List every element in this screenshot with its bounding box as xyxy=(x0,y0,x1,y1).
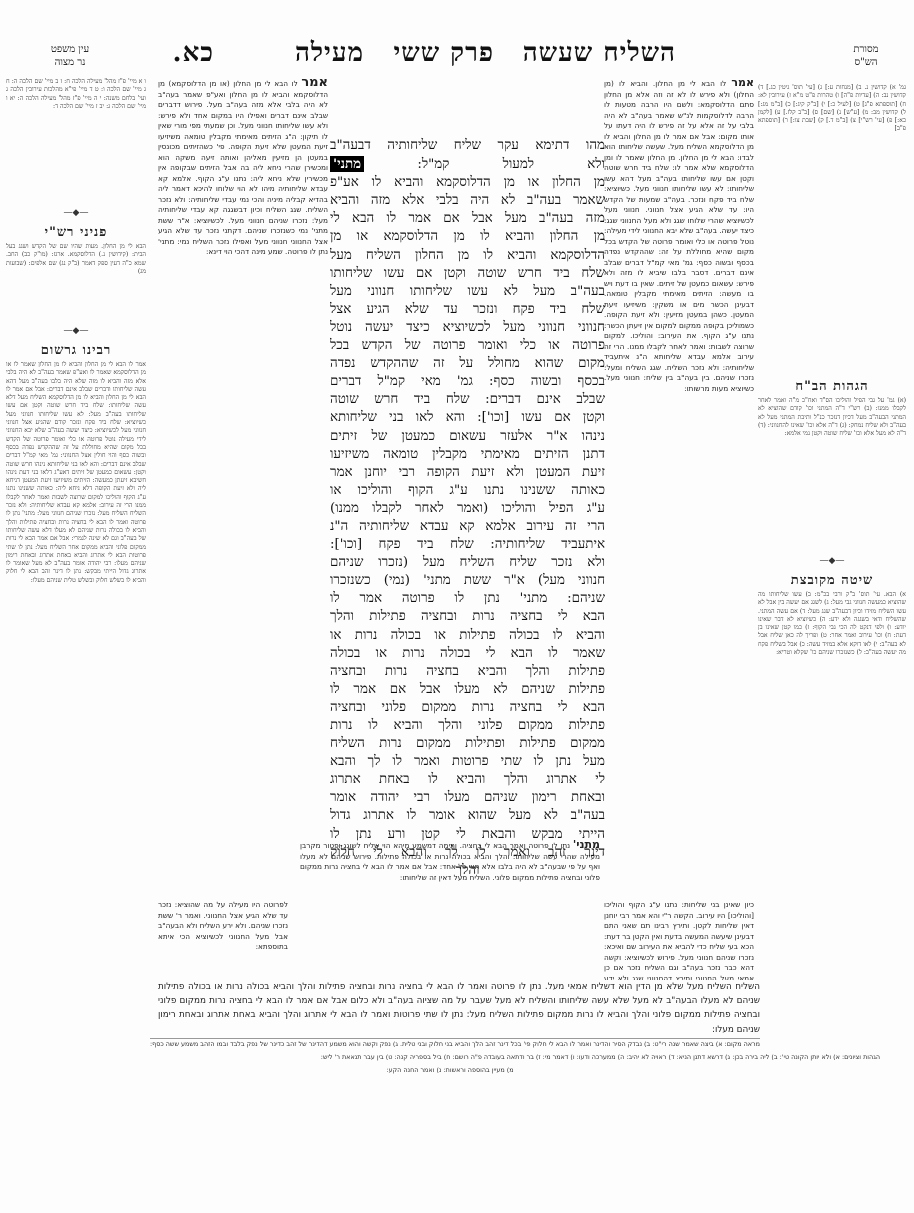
gemara-line: פתילות שניהם לא מעלו אבל אם אמר לו xyxy=(330,681,605,699)
gemara-line: הבא לי בחציה נרות ממקום פלוני ובחציה xyxy=(330,699,605,717)
masoret-title-line1: מסורת xyxy=(836,43,896,56)
shita-mekubetzet-section: —◆— שיטה מקובצת א) הבא. עי' תוס' ב"ק ורב… xyxy=(758,548,906,1021)
footnote-line-2: הגהות וציונים: א) ולא יותן הקונה טי': ב)… xyxy=(40,1053,880,1065)
ornament-divider: —◆— xyxy=(6,326,146,336)
chapter-label: פרק ששי xyxy=(393,38,494,68)
gemara-line: פרוטה או כלי ואומר פרוטה של הקדש בכל xyxy=(330,337,605,355)
rashi-opening-word: אמר xyxy=(731,78,754,89)
tractate-name: מעילה xyxy=(295,38,364,68)
rashi-commentary: אמר לו הבא לי מן החלון. והביא לו (מן החל… xyxy=(604,78,754,898)
rabbeinu-gershom-title: רבינו גרשום xyxy=(6,342,146,358)
ein-mishpat-title-line1: עין משפט xyxy=(40,43,100,56)
shita-mekubetzet-text: א) הבא. עי' תוס' ב"ק ורבי בכ"מ: ב) עשו ש… xyxy=(758,591,906,1021)
matni-marker: מתני' xyxy=(330,156,364,172)
tosafot-lower-continuation: לפרוטה היו מעילה על מה שהוציא: נזכר עד ש… xyxy=(158,900,288,980)
ein-mishpat-heading: עין משפט נר מצוה xyxy=(40,43,100,69)
gemara-line: זיעת המעטן ולא זיעת הקופה רבי יוחנן אמר xyxy=(330,464,605,482)
gemara-line: דתנן הזיתים מאימתי מקבלין טומאה משיזיעו xyxy=(330,446,605,464)
gemara-line: שניהם: מתני' נתן לו פרוטה אמר לו xyxy=(330,590,605,608)
footnote-line-3: מ) מעיין בהוספה וראשות: נ) ואמר החנה הקע… xyxy=(300,1066,600,1078)
gemara-line: שלח ביד חרש שוטה וקטן אם עשו שליחותו xyxy=(330,265,605,283)
gemara-main-text: מהו דתימא עקר שליח שליחותיה דבעה"ב ולא ל… xyxy=(330,137,605,897)
rabbeinu-gershom-text: אמר לו הבא לי מן החלון והביא לו מן החלון… xyxy=(6,361,146,1041)
gemara-line: מן החלון או מן הדלוסקמא והביא לו אע"פ xyxy=(330,174,605,192)
ornament-divider: —◆— xyxy=(6,208,146,218)
gemara-line: הבא לי בחציה נרות ובחציה פתילות והלך xyxy=(330,608,605,626)
gemara-line: ובאחת רימון שניהם מעלו רבי יהודה אומר xyxy=(330,789,605,807)
gemara-line: מהו דתימא עקר שליח שליחותיה דבעה"ב xyxy=(330,137,605,155)
hagahot-habach-section: הגהות הב"ח (א) גמ' על גבי הפיל והוליכו ה… xyxy=(758,372,906,507)
ornament-divider: —◆— xyxy=(758,556,906,566)
footnote-line-1: מראה מקום: א) ביצה שאמר שנה רי"ט: ב) נבד… xyxy=(150,1040,760,1052)
gemara-line: בכסף ובשוה כסף: גמ' מאי קמ"ל דברים xyxy=(330,373,605,391)
folio-number: כא. xyxy=(173,38,214,68)
gemara-line-text: ולא למעול קמ"ל: xyxy=(417,157,605,172)
lower-wide-commentary: השליח השליח מעל שלא מן הדין הוא דשליח אמ… xyxy=(158,980,760,1036)
tosafot-matni-section: מתני' נתן לו פרוטה ואמר הבא לי בחציה. ות… xyxy=(300,840,600,980)
gemara-line: ולא למעול קמ"ל: מתני' xyxy=(330,155,605,174)
rashi-text: לו הבא לי מן החלון. והביא לו (מן החלון) … xyxy=(604,79,754,393)
gemara-line: שאמר לו הבא לי בכולה נרות או בכולה xyxy=(330,645,605,663)
gemara-line: ממקום פתילות ופתילות ממקום נרות השליח xyxy=(330,735,605,753)
gemara-line: מקום שהוא מחולל על זה שההקדש נפדה xyxy=(330,355,605,373)
pninei-rashi-text: הבא לי מן החלון. מעות שהיו שם של הקדש וש… xyxy=(6,243,146,323)
gemara-line: איתעביד שליחותיה: שלח ביד פקח [וכו']: xyxy=(330,536,605,554)
hagahot-habach-title: הגהות הב"ח xyxy=(758,378,906,394)
gemara-line: חנווני חנווני מעל לכשיוציא כיצד יעשה נוט… xyxy=(330,319,605,337)
gemara-line: לי אתרוג והלך והביא לו באחת אתרוג xyxy=(330,771,605,789)
gemara-line: וקטן אם עשו [וכו']: והא לאו בני שליחותא xyxy=(330,409,605,427)
gemara-line: פתילות ממקום פלוני והלך והביא לו נרות xyxy=(330,717,605,735)
gemara-line: בעה"ב מעל לא עשו שליחותו חנווני מעל xyxy=(330,283,605,301)
pninei-rashi-section: —◆— פניני רש"י הבא לי מן החלון. מעות שהי… xyxy=(6,200,146,323)
tosafot-commentary: אמר לו הבא לי מן החלון (או מן הדלוסקמא) … xyxy=(158,78,328,898)
gemara-line: נינהו א"ר אלעזר עשאום כמעטן של זיתים xyxy=(330,428,605,446)
masoret-hashas-text: גמ' א) קדושין נ. ב) [מנחות ע:] ג) [עי' ת… xyxy=(758,84,906,374)
shita-mekubetzet-title: שיטה מקובצת xyxy=(758,572,906,588)
gemara-line: שבלב אינם דברים: שלח ביד חרש שוטה xyxy=(330,391,605,409)
gemara-line: ע"ג הפיל והוליכו (ואמר לאחר לקבלו ממנו) xyxy=(330,500,605,518)
gemara-line: חנווני מעל) א"ר ששת מתני' (נמי) כשנזכרו xyxy=(330,572,605,590)
masoret-title-line2: הש"ס xyxy=(836,56,896,69)
ein-mishpat-text: ו א מיי' פ"ז מהל' מעילה הלכה ח: ז ב מיי'… xyxy=(6,78,146,203)
gemara-line: פתילות והלך והביא בחציה נרות ובחציה xyxy=(330,663,605,681)
chapter-name: השליח שעשה xyxy=(523,38,676,68)
rabbeinu-gershom-section: —◆— רבינו גרשום אמר לו הבא לי מן החלון ו… xyxy=(6,318,146,1041)
tosafot-matni-heading: מתני' xyxy=(573,840,600,851)
rashi-lower-continuation: כיון שאינן בני שליחות: נתנו ע"ג הקוף והו… xyxy=(604,900,754,980)
gemara-line: הרי זה עירוב אלמא קא עבדא שליחותיה ה"נ xyxy=(330,518,605,536)
pninei-rashi-title: פניני רש"י xyxy=(6,224,146,240)
gemara-line: שלח ביד פקח ונזכר עד שלא הגיע אצל xyxy=(330,301,605,319)
gemara-line: הדלוסקמא והביא לו מן החלון השליח מעל xyxy=(330,247,605,265)
gemara-line: והביא לו בכולה פתילות או בכולה נרות או xyxy=(330,627,605,645)
hagahot-habach-text: (א) גמ' על גבי הפיל והוליכו הס"ד ואח"כ מ… xyxy=(758,397,906,507)
footnote-divider xyxy=(150,1038,760,1039)
tosafot-text: לו הבא לי מן החלון (או מן הדלוסקמא) מן ה… xyxy=(158,79,328,256)
gemara-line: ולא נזכר שליח השליח מעל (נזכרו שניהם xyxy=(330,554,605,572)
ein-mishpat-title-line2: נר מצוה xyxy=(40,56,100,69)
gemara-line: מעל נתן לו שתי פרוטות ואמר לו לך והבא xyxy=(330,753,605,771)
gemara-line: מן החלון והביא לו מן הדלוסקמא או מן xyxy=(330,228,605,246)
masoret-hashas-heading: מסורת הש"ס xyxy=(836,43,896,69)
gemara-line: שאמר בעה"ב לא היה בלבי אלא מזה והביא xyxy=(330,192,605,210)
tosafot-opening-word: אמר xyxy=(301,78,328,90)
tosafot-matni-text: נתן לו פרוטה ואמר הבא לי בחציה. ותימה דמ… xyxy=(300,841,600,882)
gemara-line: מזה בעה"ב מעל אבל אם אמר לו הבא לי xyxy=(330,210,605,228)
gemara-line: כאותה ששנינו נתנו ע"ג הקוף והוליכו או xyxy=(330,482,605,500)
gemara-line: בעה"ב לא מעל שהוא אומר לו אתרוג גדול xyxy=(330,807,605,825)
